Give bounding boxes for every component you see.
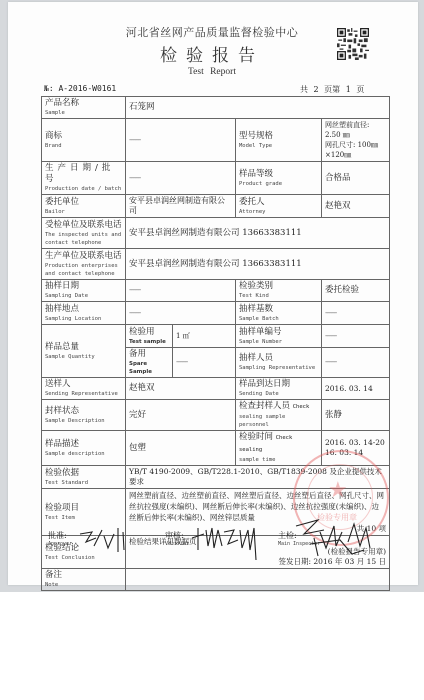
label-en: sealing sample personnel bbox=[239, 413, 318, 429]
sending-date-value: 2016. 03. 14 bbox=[322, 378, 390, 400]
sampling-rep-value: ------ bbox=[322, 348, 390, 378]
label: 委托单位 bbox=[45, 197, 122, 208]
sample-state-value: 完好 bbox=[126, 400, 236, 431]
label: 样品到达日期 bbox=[239, 379, 318, 390]
label-en: Sample Quantity bbox=[45, 353, 122, 361]
label: 检验项目 bbox=[45, 503, 122, 514]
approver-signature: 批准: Approver bbox=[48, 530, 72, 547]
test-sample-value: 1 ㎡ bbox=[173, 325, 236, 348]
bailor-value: 安平县卓润丝网制造有限公司 bbox=[126, 195, 236, 218]
label-en: Test Item bbox=[45, 514, 122, 522]
spare-sample-value: ------ bbox=[173, 348, 236, 378]
label-en: Product grade bbox=[239, 180, 318, 188]
label-en: Sampling Location bbox=[45, 315, 122, 323]
producer-value: 安平县卓润丝网制造有限公司 13663383111 bbox=[126, 249, 390, 280]
label-en: Sampling Representative bbox=[239, 364, 318, 372]
production-date-value: ------ bbox=[126, 162, 236, 195]
label: 型号规格 bbox=[239, 131, 318, 142]
label: 封样状态 bbox=[45, 406, 122, 417]
verifier-signature: 审核: Verifier bbox=[165, 530, 189, 547]
report-subtitle: Test Report bbox=[0, 67, 424, 77]
label-en: sample time bbox=[239, 456, 318, 464]
label-en: Model Type bbox=[239, 142, 318, 150]
label-en: Test sample bbox=[129, 338, 169, 346]
verifier-label-en: Verifier bbox=[165, 541, 189, 547]
table-row-sampling-date: 抽样日期Sampling Date ------ 检验类别Test Kind 委… bbox=[42, 280, 390, 302]
qr-code-icon bbox=[337, 28, 369, 60]
approver-signature-icon bbox=[78, 522, 128, 557]
sample-value: 石笼网 bbox=[126, 97, 390, 119]
table-row-brand: 商标Brand ------ 型号规格Model Type 网丝塑前直径: 2.… bbox=[42, 119, 390, 162]
attorney-value: 赵艳双 bbox=[322, 195, 390, 218]
label: 检验用 bbox=[129, 327, 169, 338]
label: 备注 bbox=[45, 570, 122, 581]
label-en: The inspected units and contact telephon… bbox=[45, 231, 122, 247]
brand-value: ------ bbox=[126, 119, 236, 162]
label-en: Production date / batch bbox=[45, 185, 122, 193]
label: 抽样基数 bbox=[239, 304, 318, 315]
table-row-production-date: 生产日期/批号Production date / batch ------ 样品… bbox=[42, 162, 390, 195]
label-en: Sample description bbox=[45, 450, 122, 458]
label: 抽样地点 bbox=[45, 304, 122, 315]
label: 样品等级 bbox=[239, 169, 318, 180]
star-icon: ★ bbox=[328, 478, 348, 503]
model-value: 网丝塑前直径: 2.50 ㎜网孔尺寸: 100㎜×120㎜ bbox=[322, 119, 390, 162]
label: 委托人 bbox=[239, 197, 318, 208]
label: 检验依据 bbox=[45, 468, 122, 479]
sample-number-value: ------ bbox=[322, 325, 390, 348]
sampling-date-value: ------ bbox=[126, 280, 236, 302]
label-en: Spare Sample bbox=[129, 360, 169, 376]
label: 生产单位及联系电话 bbox=[45, 251, 122, 262]
page-info: 共 2 页第 1 页 bbox=[300, 84, 364, 95]
table-row-bailor: 委托单位Bailor 安平县卓润丝网制造有限公司 委托人Attorney 赵艳双 bbox=[42, 195, 390, 218]
label-en: Bailor bbox=[45, 208, 122, 216]
label: 抽样人员 bbox=[239, 353, 318, 364]
inspected-unit-value: 安平县卓润丝网制造有限公司 13663383111 bbox=[126, 218, 390, 249]
label-en: Brand bbox=[45, 142, 122, 150]
label: 生产日期/批号 bbox=[45, 163, 122, 185]
label-en: Sample Description bbox=[45, 417, 122, 425]
label-en: Sampling Date bbox=[45, 292, 122, 300]
label: 商标 bbox=[45, 131, 122, 142]
table-row-inspected-unit: 受检单位及联系电话The inspected units and contact… bbox=[42, 218, 390, 249]
table-row-note: 备注Note bbox=[42, 569, 390, 591]
label: 抽样单编号 bbox=[239, 327, 318, 338]
label: 产品名称 bbox=[45, 98, 122, 109]
label-en: Test Kind bbox=[239, 292, 318, 300]
table-row-quantity-test: 样品总量Sample Quantity 检验用Test sample 1 ㎡ 抽… bbox=[42, 325, 390, 348]
label-en: Attorney bbox=[239, 208, 318, 216]
model-line2: 网孔尺寸: 100㎜×120㎜ bbox=[325, 140, 386, 160]
label: 备用 bbox=[129, 349, 169, 360]
sample-desc-value: 包塑 bbox=[126, 431, 236, 466]
test-kind-value: 委托检验 bbox=[322, 280, 390, 302]
label-en: Production enterprises and contact telep… bbox=[45, 262, 122, 278]
model-line1: 网丝塑前直径: 2.50 ㎜ bbox=[325, 120, 386, 140]
label-en: Test Standard bbox=[45, 479, 122, 487]
table-row-sending: 送样人Sending Representative 赵艳双 样品到达日期Send… bbox=[42, 378, 390, 400]
label: 样品描述 bbox=[45, 439, 122, 450]
seal-checker-value: 张静 bbox=[322, 400, 390, 431]
note-value bbox=[126, 569, 390, 591]
label: 抽样日期 bbox=[45, 281, 122, 292]
table-row-producer: 生产单位及联系电话Production enterprises and cont… bbox=[42, 249, 390, 280]
label: 检查封样人员 bbox=[239, 401, 290, 411]
sampling-location-value: ------ bbox=[126, 302, 236, 325]
approver-label: 批准: bbox=[48, 531, 67, 540]
label-en: Sample bbox=[45, 109, 122, 117]
label: 送样人 bbox=[45, 379, 122, 390]
label-en: Sending Representative bbox=[45, 390, 122, 398]
verifier-signature-icon bbox=[190, 520, 265, 565]
verifier-label: 审核: bbox=[165, 531, 184, 540]
table-row-sampling-location: 抽样地点Sampling Location ------ 抽样基数Sample … bbox=[42, 302, 390, 325]
label-en: Note bbox=[45, 581, 122, 589]
table-row-sample-state: 封样状态Sample Description 完好 检查封样人员 Checkse… bbox=[42, 400, 390, 431]
label: 检验时间 bbox=[239, 432, 273, 442]
label-en-inline: Check bbox=[293, 404, 310, 410]
report-number: №: A-2016-W0161 bbox=[44, 84, 116, 93]
label: 检验类别 bbox=[239, 281, 318, 292]
sending-rep-value: 赵艳双 bbox=[126, 378, 236, 400]
table-row-sample: 产品名称Sample 石笼网 bbox=[42, 97, 390, 119]
label-en: Sample Number bbox=[239, 338, 318, 346]
grade-value: 合格品 bbox=[322, 162, 390, 195]
label: 样品总量 bbox=[45, 342, 122, 353]
label: 受检单位及联系电话 bbox=[45, 220, 122, 231]
label-en: Sample Batch bbox=[239, 315, 318, 323]
inspector-signature-icon bbox=[290, 512, 380, 562]
sample-batch-value: ------ bbox=[322, 302, 390, 325]
approver-label-en: Approver bbox=[48, 541, 72, 547]
label-en: Sending Date bbox=[239, 390, 318, 398]
